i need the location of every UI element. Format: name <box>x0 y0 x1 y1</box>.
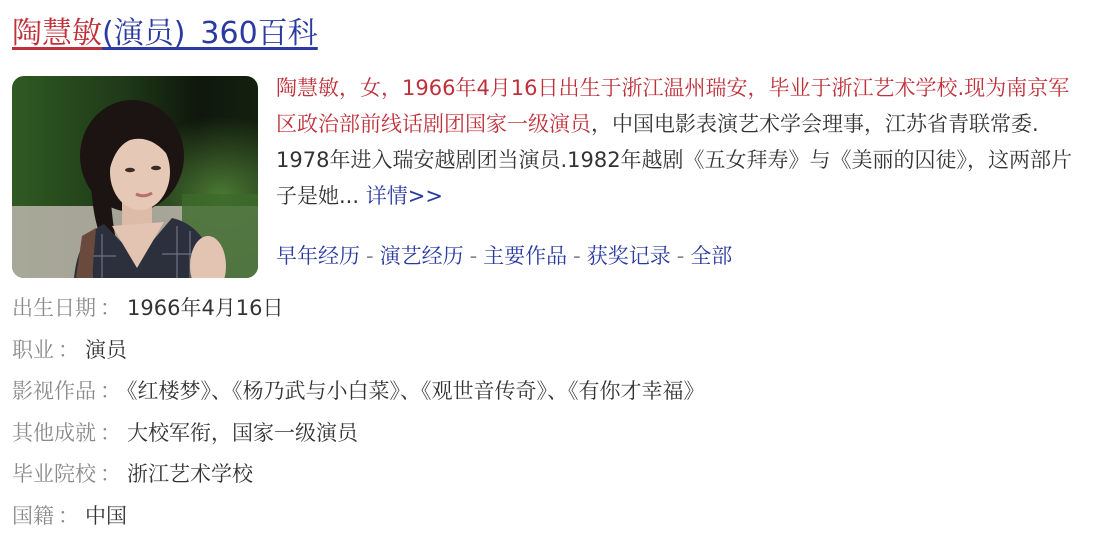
fact-label: 影视作品 <box>12 379 96 403</box>
fact-colon: ： <box>96 421 127 445</box>
person-photo[interactable] <box>12 76 258 278</box>
separator: - <box>360 244 380 268</box>
details-link[interactable]: 详情>> <box>366 184 443 208</box>
fact-colon: ： <box>96 379 127 403</box>
fact-row-nationality: 国籍：中国 <box>12 496 705 538</box>
fact-colon: ： <box>54 338 85 362</box>
fact-value: 中国 <box>85 504 127 528</box>
fact-label: 毕业院校 <box>12 462 96 486</box>
separator: - <box>464 244 484 268</box>
fact-value: 1966年4月16日 <box>127 296 284 320</box>
separator: - <box>567 244 587 268</box>
fact-row-works: 影视作品：《红楼梦》、《杨乃武与小白菜》、《观世音传奇》、《有你才幸福》 <box>12 371 705 413</box>
fact-row-achievements: 其他成就：大校军衔，国家一级演员 <box>12 413 705 455</box>
photo-image <box>12 76 258 278</box>
fact-row-school: 毕业院校：浙江艺术学校 <box>12 454 705 496</box>
link-awards[interactable]: 获奖记录 <box>587 244 671 268</box>
fact-list: 出生日期：1966年4月16日 职业：演员 影视作品：《红楼梦》、《杨乃武与小白… <box>12 288 705 537</box>
search-result-card: 陶慧敏(演员)_360百科 <box>0 0 1098 538</box>
link-all[interactable]: 全部 <box>690 244 732 268</box>
fact-colon: ： <box>96 462 127 486</box>
fact-label: 国籍 <box>12 504 54 528</box>
fact-value: 演员 <box>85 338 127 362</box>
fact-colon: ： <box>96 296 127 320</box>
link-early-life[interactable]: 早年经历 <box>276 244 360 268</box>
fact-value: 《红楼梦》、《杨乃武与小白菜》、《观世音传奇》、《有你才幸福》 <box>127 379 705 403</box>
title-highlight: 陶慧敏 <box>12 16 102 51</box>
fact-value: 浙江艺术学校 <box>127 462 253 486</box>
fact-row-occupation: 职业：演员 <box>12 330 705 372</box>
fact-label: 职业 <box>12 338 54 362</box>
separator: - <box>671 244 691 268</box>
title-rest: (演员)_360百科 <box>102 16 318 51</box>
fact-colon: ： <box>54 504 85 528</box>
section-links: 早年经历-演艺经历-主要作品-获奖记录-全部 <box>276 238 732 274</box>
result-summary: 陶慧敏，女，1966年4月16日出生于浙江温州瑞安，毕业于浙江艺术学校.现为南京… <box>276 70 1086 214</box>
link-acting-career[interactable]: 演艺经历 <box>380 244 464 268</box>
result-title-link[interactable]: 陶慧敏(演员)_360百科 <box>12 14 318 54</box>
fact-row-birthdate: 出生日期：1966年4月16日 <box>12 288 705 330</box>
fact-value: 大校军衔，国家一级演员 <box>127 421 358 445</box>
link-major-works[interactable]: 主要作品 <box>483 244 567 268</box>
fact-label: 其他成就 <box>12 421 96 445</box>
fact-label: 出生日期 <box>12 296 96 320</box>
